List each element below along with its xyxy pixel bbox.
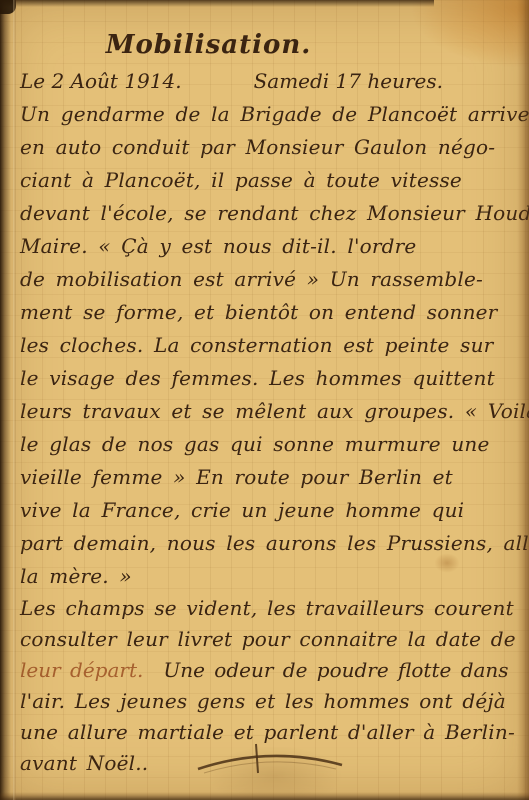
manuscript-line: ment se forme, et bientôt on entend sonn… bbox=[20, 296, 521, 329]
faded-ink-text: leur départ. bbox=[20, 658, 143, 682]
manuscript-line: vive la France, crie un jeune homme qui bbox=[20, 494, 521, 527]
manuscript-line: les cloches. La consternation est peinte… bbox=[20, 329, 521, 362]
manuscript-line: ciant à Plancoët, il passe à toute vites… bbox=[20, 164, 521, 197]
dark-ink-text: Une odeur de poudre flotte dans bbox=[163, 658, 508, 682]
manuscript-content: Mobilisation. Le 2 Août 1914. Samedi 17 … bbox=[20, 26, 521, 779]
page-bottom-edge bbox=[0, 792, 529, 800]
page-title: Mobilisation. bbox=[0, 26, 459, 64]
page-fold-crease bbox=[13, 0, 16, 800]
page-top-edge bbox=[0, 0, 434, 7]
paragraph-fields-empty: Les champs se vident, les travailleurs c… bbox=[20, 593, 521, 655]
manuscript-line: vieille femme » En route pour Berlin et bbox=[20, 461, 521, 494]
page-left-edge bbox=[0, 0, 11, 800]
paragraph-mobilisation: Un gendarme de la Brigade de Plancoët ar… bbox=[20, 98, 521, 593]
manuscript-line: consulter leur livret pour connaitre la … bbox=[20, 624, 521, 655]
manuscript-line: une allure martiale et parlent d'aller à… bbox=[20, 717, 521, 748]
manuscript-line: avant Noël.. bbox=[20, 748, 521, 779]
manuscript-line: Maire. « Çà y est nous dit-il. l'ordre bbox=[20, 230, 521, 263]
page-corner-shadow bbox=[0, 0, 16, 14]
manuscript-line: l'air. Les jeunes gens et les hommes ont… bbox=[20, 686, 521, 717]
manuscript-line: la mère. » bbox=[20, 560, 521, 593]
manuscript-line: Un gendarme de la Brigade de Plancoët ar… bbox=[20, 98, 521, 131]
dateline: Le 2 Août 1914. Samedi 17 heures. bbox=[20, 64, 521, 98]
manuscript-line: part demain, nous les aurons les Prussie… bbox=[20, 527, 521, 560]
manuscript-line: de mobilisation est arrivé » Un rassembl… bbox=[20, 263, 521, 296]
manuscript-page: Mobilisation. Le 2 Août 1914. Samedi 17 … bbox=[0, 0, 529, 800]
manuscript-line: le glas de nos gas qui sonne murmure une bbox=[20, 428, 521, 461]
manuscript-line: Les champs se vident, les travailleurs c… bbox=[20, 593, 521, 624]
manuscript-line: en auto conduit par Monsieur Gaulon négo… bbox=[20, 131, 521, 164]
manuscript-line: devant l'école, se rendant chez Monsieur… bbox=[20, 197, 521, 230]
manuscript-line: le visage des femmes. Les hommes quitten… bbox=[20, 362, 521, 395]
paragraph-closing: l'air. Les jeunes gens et les hommes ont… bbox=[20, 686, 521, 779]
date-text: Le 2 Août 1914. bbox=[20, 64, 182, 98]
manuscript-line: leurs travaux et se mêlent aux groupes. … bbox=[20, 395, 521, 428]
mixed-ink-line: leur départ.Une odeur de poudre flotte d… bbox=[20, 655, 521, 686]
time-text: Samedi 17 heures. bbox=[254, 64, 443, 98]
